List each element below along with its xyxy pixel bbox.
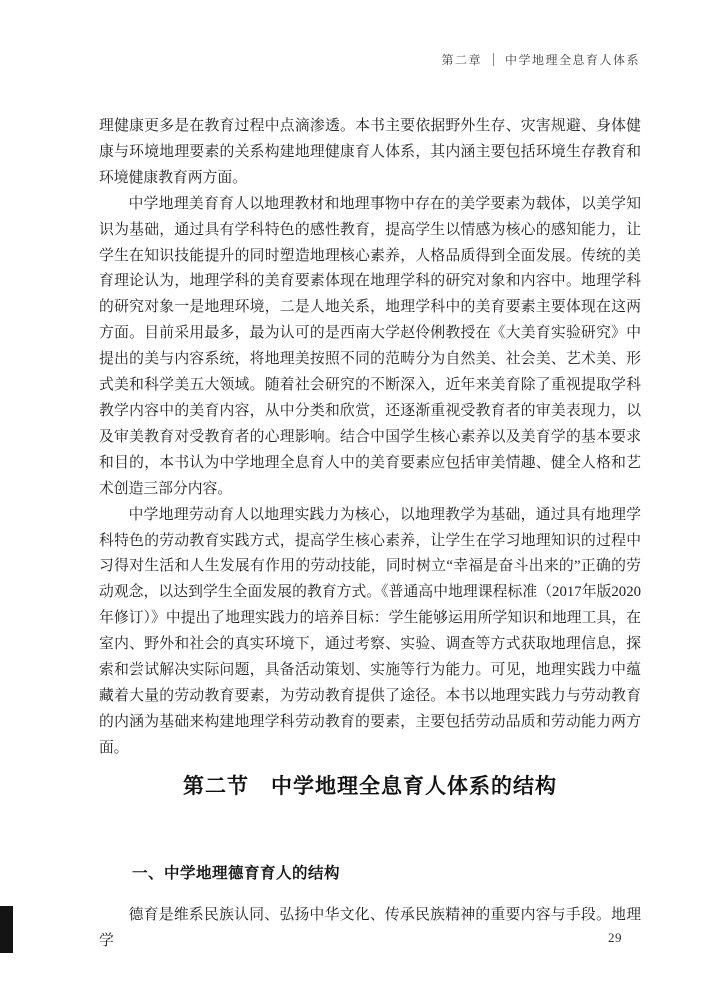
chapter-label: 第二章 xyxy=(441,51,482,68)
section-heading: 第二节 中学地理全息育人体系的结构 xyxy=(99,770,641,800)
page-number: 29 xyxy=(608,930,622,946)
paragraph-moral-education: 德育是维系民族认同、弘扬中华文化、传承民族精神的重要内容与手段。地理学 xyxy=(99,903,641,955)
paragraph-labor-education: 中学地理劳动育人以地理实践力为核心，以地理教学为基础，通过具有地理学科特色的劳动… xyxy=(99,503,641,762)
paragraph-continuation: 理健康更多是在教育过程中点滴渗透。本书主要依据野外生存、灾害规避、身体健康与环境… xyxy=(99,114,641,192)
subsection-heading: 一、中学地理德育育人的结构 xyxy=(132,861,340,883)
paragraph-aesthetic-education: 中学地理美育育人以地理教材和地理事物中存在的美学要素为载体，以美学知识为基础，通… xyxy=(99,192,641,503)
book-title-label: 中学地理全息育人体系 xyxy=(505,51,640,68)
header-divider-icon xyxy=(493,53,494,66)
running-header: 第二章 中学地理全息育人体系 xyxy=(441,51,640,68)
book-page: 第二章 中学地理全息育人体系 理健康更多是在教育过程中点滴渗透。本书主要依据野外… xyxy=(0,0,718,1000)
edge-print-mark xyxy=(0,906,13,953)
body-text: 理健康更多是在教育过程中点滴渗透。本书主要依据野外生存、灾害规避、身体健康与环境… xyxy=(99,114,641,762)
